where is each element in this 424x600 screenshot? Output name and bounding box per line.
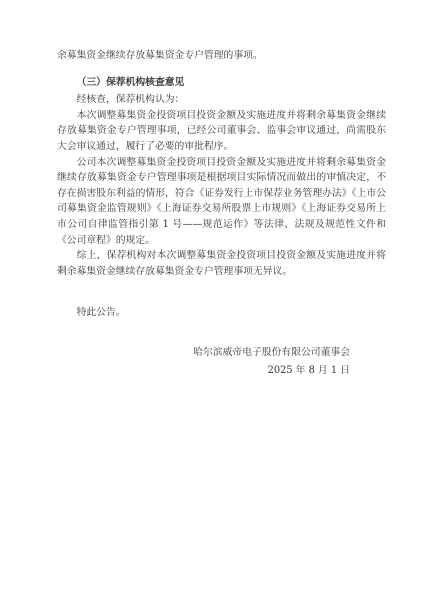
paragraph-conclusion: 综上，保荐机构对本次调整募集资金投资项目投资金额及实施进度并将剩余募集资金继续存… [57, 248, 386, 279]
signature-block: 哈尔滨威帝电子股份有限公司董事会 2025 年 8 月 1 日 [57, 345, 386, 378]
document-page: 余募集资金继续存放募集资金专户管理的事项。 （三）保荐机构核查意见 经核查，保荐… [0, 0, 424, 600]
paragraph-continuation: 余募集资金继续存放募集资金专户管理的事项。 [57, 48, 386, 64]
signature-company: 哈尔滨威帝电子股份有限公司董事会 [57, 345, 350, 361]
paragraph-approval: 本次调整募集资金投资项目投资金额及实施进度并将剩余募集资金继续存放募集资金专户管… [57, 108, 386, 155]
paragraph-intro: 经核查，保荐机构认为： [57, 92, 386, 108]
section-heading: （三）保荐机构核查意见 [57, 75, 386, 91]
signature-date: 2025 年 8 月 1 日 [57, 363, 350, 379]
paragraph-compliance: 公司本次调整募集资金投资项目投资金额及实施进度并将剩余募集资金继续存放募集资金专… [57, 155, 386, 249]
closing-line: 特此公告。 [57, 305, 386, 321]
